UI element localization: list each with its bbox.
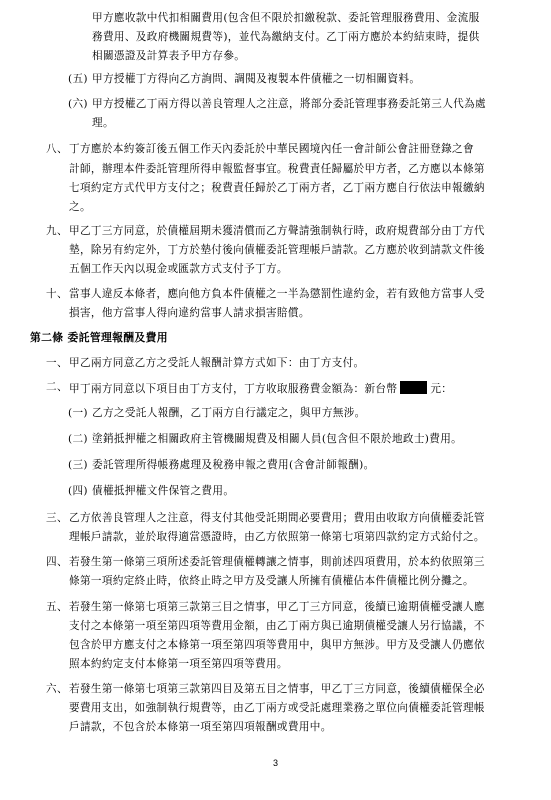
paragraph-line: 包含於甲方應支付之本條第一項至第四項等費用中，與甲方無涉。甲方及受讓人仍應依 [69,639,485,652]
paragraph-line: 塗銷抵押權之相關政府主管機關規費及相關人員(包含但不限於地政士)費用。 [92,433,462,446]
paragraph-line: 務費用、及政府機關規費等)，並代為繳納支付。乙丁兩方應於本約結束時，提供 [92,31,480,44]
paragraph-line: 若發生第一條第七項第三款第四目及第五目之情事，甲乙丁三方同意，後續債權保全必 [69,683,485,696]
subitem-marker: (二) [68,433,88,446]
item-marker: 八、 [46,143,68,156]
paragraph-line: 丁方應於本約簽訂後五個工作天內委託於中華民國境內任一會計師公會註冊登錄之會 [69,143,474,156]
paragraph-line: 乙方之受託人報酬，乙丁兩方自行議定之，與甲方無涉。 [92,407,366,420]
paragraph-line: 甲丁兩方同意以下項目由丁方支付，丁方收取服務費金額為：新台幣元： [69,381,452,396]
page-number: 3 [0,758,551,768]
subitem-marker: (五) [68,73,88,86]
paragraph-line: 委託管理所得帳務處理及稅務申報之費用(含會計師報酬)。 [92,459,375,472]
item-marker: 九、 [46,225,68,238]
paragraph-line: 債權抵押權文件保管之費用。 [92,485,234,498]
paragraph-line: 甲方應收款中代扣相關費用(包含但不限於扣繳稅款、委託管理服務費用、金流服 [92,12,480,25]
paragraph-line: 若發生第一條第三項所述委託管理債權轉讓之情事，則前述四項費用，於本約依照第三 [69,556,485,569]
item-marker: 十、 [46,288,68,301]
subitem-marker: (一) [68,407,88,420]
fee-text-before: 甲丁兩方同意以下項目由丁方支付，丁方收取服務費金額為：新台幣 [69,383,397,395]
paragraph-line: 條第一項約定終止時，依終止時之甲方及受讓人所擁有債權佔本件債權比例分攤之。 [69,575,474,588]
subitem-marker: (三) [68,459,88,472]
document-page: 甲方應收款中代扣相關費用(包含但不限於扣繳稅款、委託管理服務費用、金流服 務費用… [0,0,551,800]
subitem-marker: (六) [68,98,88,111]
item-marker: 四、 [46,556,68,569]
paragraph-line: 理帳戶請款，並於取得適當憑證時，由乙方依照第一條第七項第四款約定方式給付之。 [69,531,485,544]
item-marker: 二、 [46,381,68,394]
paragraph-line: 五個工作天內以現金或匯款方式支付予丁方。 [69,263,288,276]
paragraph-line: 之。 [69,201,91,214]
paragraph-line: 墊，除另有約定外，丁方於墊付後向債權委託管理帳戶請款。乙方應於收到請款文件後 [69,244,485,257]
item-marker: 五、 [46,601,68,614]
paragraph-line: 甲乙兩方同意乙方之受託人報酬計算方式如下：由丁方支付。 [69,357,364,370]
paragraph-line: 支付之本條第一項至第四項等費用金額，由乙丁兩方與已逾期債權受讓人另行協議，不 [69,620,485,633]
paragraph-line: 理。 [92,117,114,130]
paragraph-line: 若發生第一條第七項第三款第三目之情事，甲乙丁三方同意，後續已逾期債權受讓人應 [69,601,485,614]
redacted-amount [400,381,427,394]
fee-text-after: 元： [430,383,452,395]
item-marker: 六、 [46,683,68,696]
paragraph-line: 戶請款，不包含於本條第一項至第四項報酬或費用中。 [69,721,332,734]
paragraph-line: 甲方授權乙丁兩方得以善良管理人之注意，將部分委託管理事務委託第三人代為處 [92,98,486,111]
item-marker: 三、 [46,512,68,525]
article-heading: 第二條 委託管理報酬及費用 [30,331,168,344]
paragraph-line: 照本約約定支付本條第一項至第四項等費用。 [69,658,288,671]
paragraph-line: 計師，辦理本件委託管理所得申報監督事宜。稅費責任歸屬於甲方者，乙方應以本條第 [69,163,485,176]
item-marker: 一、 [46,357,68,370]
paragraph-line: 甲方授權丁方得向乙方詢問、調閱及複製本件債權之一切相關資料。 [92,73,420,86]
paragraph-line: 相關憑證及計算表予甲方存參。 [92,50,245,63]
paragraph-line: 乙方依善良管理人之注意，得支付其他受託期間必要費用；費用由收取方向債權委託管 [69,512,485,525]
paragraph-line: 要費用支出，如強制執行規費等，由乙丁兩方或受託處理業務之單位向債權委託管理帳 [69,702,485,715]
paragraph-line: 七項約定方式代甲方支付之；稅費責任歸於乙丁兩方者，乙丁兩方應自行依法申報繳納 [69,182,485,195]
subitem-marker: (四) [68,485,88,498]
paragraph-line: 損害，他方當事人得向違約當事人請求損害賠償。 [69,307,310,320]
paragraph-line: 甲乙丁三方同意，於債權屆期未獲清償而乙方聲請強制執行時，政府規費部分由丁方代 [69,225,485,238]
paragraph-line: 當事人違反本條者，應向他方負本件債權之一半為懲罰性違約金，若有致他方當事人受 [69,288,485,301]
